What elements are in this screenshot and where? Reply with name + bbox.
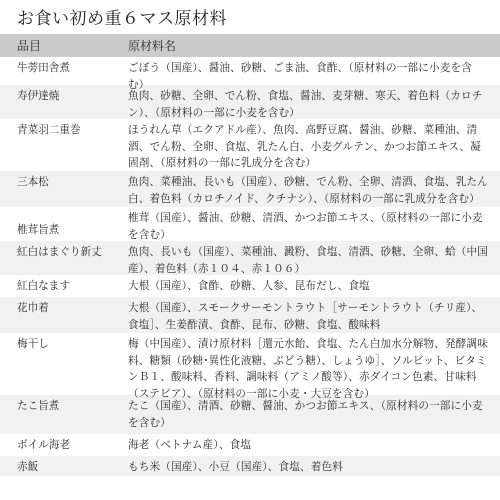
item-ingredients: 魚肉、長いも（国産）、菜種油、澱粉、食塩、清酒、砂糖、全卵、蛤（中国産）、着色料…: [128, 241, 488, 275]
item-name: 三本松: [0, 171, 128, 207]
item-ingredients: 大根（国産）、スモークサーモントラウト［サーモントラウト（チリ産）、食塩］、生姜…: [128, 297, 488, 333]
item-name: 青菜羽二重巻: [0, 119, 128, 171]
table-row: 三本松 魚肉、菜種油、長いも（国産）、砂糖、でん粉、全卵、清酒、食塩、乳たん白、…: [0, 171, 500, 207]
table-row: 赤飯 もち米（国産）、小豆（国産）、食塩、着色料: [0, 456, 500, 476]
item-name: ボイル海老: [0, 434, 128, 456]
item-name: 牛蒡田舎煮: [0, 57, 128, 85]
item-ingredients: ほうれん草（エクアドル産）、魚肉、高野豆腐、醤油、砂糖、菜種油、清酒、でん粉、全…: [128, 119, 488, 171]
item-name: たこ旨煮: [0, 395, 128, 434]
table-row: 紅白なます 大根（国産）、食酢、砂糖、人参、昆布だし、食塩: [0, 275, 500, 297]
item-name: 紅白はまぐり新丈: [0, 241, 128, 275]
table-row: 梅干し 梅（中国産）、漬け原材料［還元水飴、食塩、たん白加水分解物、発酵調味料、…: [0, 333, 500, 395]
page-title: お食い初め重６マス原材料: [17, 8, 227, 30]
header-item: 品目: [0, 37, 128, 54]
table-row: 牛蒡田舎煮 ごぼう（国産）、醤油、砂糖、ごま油、食酢、（原材料の一部に小麦を含む…: [0, 57, 500, 85]
item-ingredients: 海老（ベトナム産）、食塩: [128, 434, 488, 456]
table-row: 青菜羽二重巻 ほうれん草（エクアドル産）、魚肉、高野豆腐、醤油、砂糖、菜種油、清…: [0, 119, 500, 171]
item-ingredients: たこ（国産）、清酒、砂糖、醤油、かつお節エキス、（原材料の一部に小麦を含む）: [128, 395, 488, 434]
item-ingredients: 大根（国産）、食酢、砂糖、人参、昆布だし、食塩: [128, 275, 488, 297]
item-name: 梅干し: [0, 333, 128, 395]
ingredients-table: 品目 原材料名 牛蒡田舎煮 ごぼう（国産）、醤油、砂糖、ごま油、食酢、（原材料の…: [0, 34, 500, 476]
item-ingredients: 梅（中国産）、漬け原材料［還元水飴、食塩、たん白加水分解物、発酵調味料、糖類（砂…: [128, 333, 488, 395]
item-name: 紅白なます: [0, 275, 128, 297]
item-ingredients: 魚肉、砂糖、全卵、でん粉、食塩、醤油、麦芽糖、寒天、着色料（カロチン）、（原材料…: [128, 85, 488, 119]
item-ingredients: ごぼう（国産）、醤油、砂糖、ごま油、食酢、（原材料の一部に小麦を含む）: [128, 57, 488, 85]
item-name: 椎茸旨煮: [0, 207, 128, 241]
item-ingredients: もち米（国産）、小豆（国産）、食塩、着色料: [128, 456, 488, 476]
item-ingredients: 魚肉、菜種油、長いも（国産）、砂糖、でん粉、全卵、清酒、食塩、乳たん白、着色料（…: [128, 171, 488, 207]
item-name: 赤飯: [0, 456, 128, 476]
table-header: 品目 原材料名: [0, 34, 500, 57]
item-ingredients: 椎茸（国産）、醤油、砂糖、清酒、かつお節エキス、（原材料の一部に小麦を含む）: [128, 207, 488, 241]
table-row: 椎茸旨煮 椎茸（国産）、醤油、砂糖、清酒、かつお節エキス、（原材料の一部に小麦を…: [0, 207, 500, 241]
table-row: 紅白はまぐり新丈 魚肉、長いも（国産）、菜種油、澱粉、食塩、清酒、砂糖、全卵、蛤…: [0, 241, 500, 275]
table-row: 花巾着 大根（国産）、スモークサーモントラウト［サーモントラウト（チリ産）、食塩…: [0, 297, 500, 333]
table-row: 寿伊達焼 魚肉、砂糖、全卵、でん粉、食塩、醤油、麦芽糖、寒天、着色料（カロチン）…: [0, 85, 500, 119]
header-ingredients: 原材料名: [128, 37, 500, 54]
table-row: たこ旨煮 たこ（国産）、清酒、砂糖、醤油、かつお節エキス、（原材料の一部に小麦を…: [0, 395, 500, 434]
table-row: ボイル海老 海老（ベトナム産）、食塩: [0, 434, 500, 456]
item-name: 寿伊達焼: [0, 85, 128, 119]
item-name: 花巾着: [0, 297, 128, 333]
